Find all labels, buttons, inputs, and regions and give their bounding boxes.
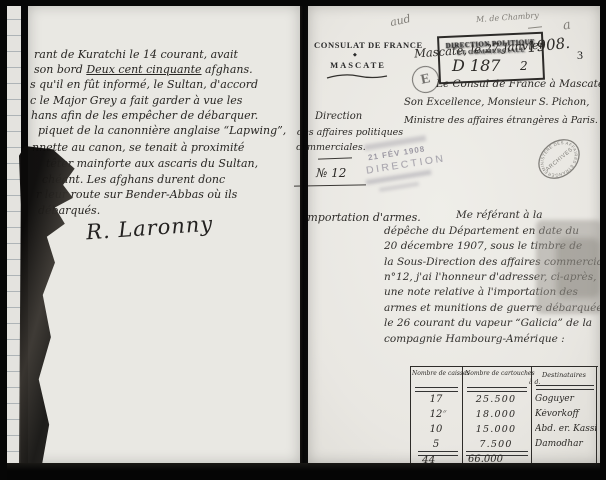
left-page-line: têter mainforte aux ascaris du Sultan,	[46, 157, 258, 170]
arrival-stamp-smear	[379, 182, 419, 192]
dispatch-number: № 12	[316, 166, 346, 180]
scan-border	[0, 463, 606, 480]
left-page-line: c le Major Grey a fait garder à vue les	[30, 94, 242, 107]
table-border	[462, 367, 463, 464]
registry-annex-number: 2	[520, 59, 528, 73]
scan-border	[600, 0, 606, 480]
left-page-line: piquet de la canonnière anglaise “Lapwin…	[38, 124, 286, 137]
registry-reference: D 187	[452, 56, 500, 75]
table-cell: 15.000	[468, 424, 524, 435]
header-underline	[536, 385, 594, 390]
page-seam	[300, 5, 308, 463]
table-cell: Goguyer	[535, 394, 597, 404]
folio-number: 3	[577, 48, 583, 63]
arrival-stamp: 21 FÉV 1908 DIRECTION	[356, 130, 451, 205]
table-border	[410, 367, 411, 464]
table-cell: Kévorkoff	[535, 409, 597, 419]
margin-direction-line: des affaires politiques	[297, 127, 403, 138]
left-page-line: nnette au canon, se tenait à proximité	[32, 141, 244, 154]
underlined-phrase: Deux cent cinquante	[86, 63, 201, 76]
control-stamp-letter: E	[419, 71, 431, 89]
letterhead-title: CONSULAT DE FRANCE	[314, 40, 402, 50]
table-margin-note: à d.	[529, 379, 540, 386]
letterhead-subtitle: MASCATE	[314, 60, 402, 70]
ledger-edge-ruled-strip	[7, 4, 21, 475]
body-line: Me référant à la	[456, 209, 542, 221]
table-cell: 25.500	[468, 394, 524, 405]
table-header-consignees: Destinataires	[534, 371, 594, 379]
header-underline	[415, 387, 458, 392]
scan-border	[0, 0, 606, 6]
recipient-line: Son Excellence, Monsieur S. Pichon,	[404, 97, 589, 108]
subject-line: Importation d'armes.	[303, 211, 421, 224]
archives-stamp: MINISTÈRE DES AFFAIRES ÉTRANGÈRES ARCHIV…	[532, 130, 586, 188]
table-header-cases: Nombre de caisses	[412, 370, 460, 377]
table-cell: Abd. er. Kassin	[535, 424, 597, 434]
left-page-line: hans afin de les empêcher de débarquer.	[31, 109, 258, 122]
header-underline	[467, 387, 527, 392]
table-cell: 7.500	[468, 439, 524, 450]
table-cell: Damodhar	[535, 439, 597, 449]
left-page-line: rant de Kuratchi le 14 courant, avait	[34, 48, 238, 61]
margin-direction-line: Direction	[315, 111, 362, 122]
letterhead-flourish	[326, 72, 388, 80]
document-scan: rant de Kuratchi le 14 courant, avait so…	[0, 0, 606, 480]
table-cell: 5	[422, 439, 450, 450]
letterhead-ornament: ◆	[353, 52, 357, 58]
body-line: le 26 courant du vapeur “Galicia” de la	[384, 317, 592, 329]
left-page-line: s qu'il en fût informé, le Sultan, d'acc…	[30, 78, 258, 91]
ditto-mark: 〃	[441, 407, 447, 416]
scan-border	[0, 0, 7, 480]
recipient-line: Le Consul de France à Mascate, à	[436, 78, 606, 90]
table-header-cartridges: Nombre de cartouches	[465, 370, 528, 377]
table-cell: 10	[422, 424, 450, 435]
body-line: compagnie Hambourg-Amérique :	[384, 333, 565, 345]
cartridge-table: Nombre de caisses Nombre de cartouches D…	[410, 366, 598, 464]
left-page-line: son bord Deux cent cinquante afghans.	[34, 63, 253, 76]
table-cell: 18.000	[468, 409, 524, 420]
table-cell: 17	[422, 394, 450, 405]
scan-smudge	[556, 238, 600, 298]
recipient-line: Ministre des affaires étrangères à Paris…	[404, 115, 598, 126]
